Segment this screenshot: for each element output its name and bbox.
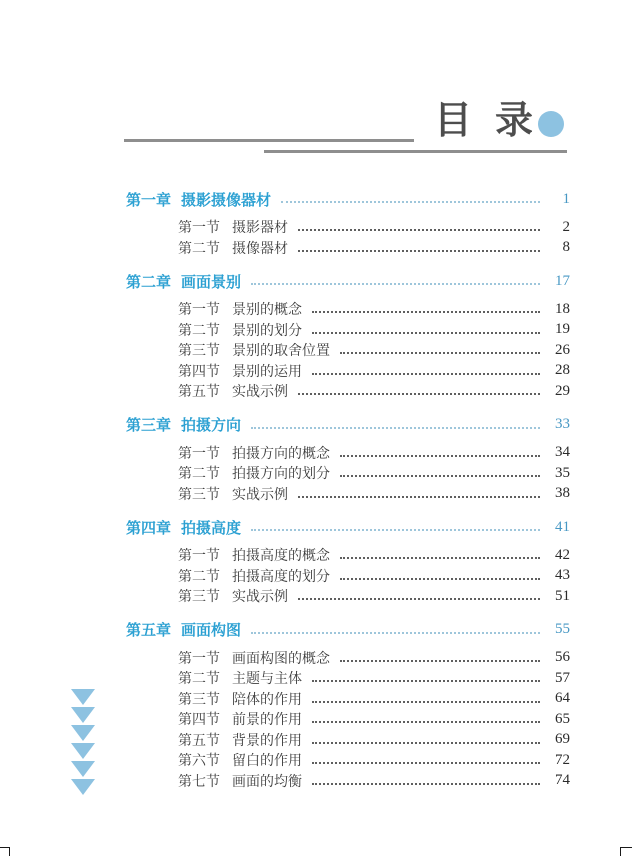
section-title: 留白的作用	[232, 750, 302, 770]
section-page-number: 29	[548, 383, 570, 400]
section-title: 景别的取舍位置	[232, 340, 330, 360]
header: 目录	[434, 99, 564, 143]
chapter-label: 第一章	[126, 189, 172, 210]
toc-chapter-block: 第三章拍摄方向33第一节拍摄方向的概念34第二节拍摄方向的划分35第三节实战示例…	[126, 414, 570, 505]
section-title: 实战示例	[232, 586, 288, 606]
page-title: 目录	[434, 99, 533, 143]
section-title: 实战示例	[232, 484, 288, 504]
chapter-title: 画面构图	[181, 619, 241, 640]
chapter-page-number: 1	[548, 191, 570, 208]
section-page-number: 34	[548, 444, 570, 461]
section-label: 第七节	[178, 771, 220, 791]
section-page-number: 18	[548, 301, 570, 318]
dot-leader	[312, 721, 540, 723]
section-label: 第四节	[178, 709, 220, 729]
section-title: 摄影器材	[232, 217, 288, 237]
section-page-number: 65	[548, 711, 570, 728]
down-arrow-icon	[71, 689, 95, 705]
toc-chapter-block: 第四章拍摄高度41第一节拍摄高度的概念42第二节拍摄高度的划分43第三节实战示例…	[126, 516, 570, 607]
toc-section-row: 第五节背景的作用69	[126, 730, 570, 751]
chapter-label: 第四章	[126, 517, 172, 538]
section-title: 拍摄方向的概念	[232, 443, 330, 463]
toc-section-row: 第一节画面构图的概念56	[126, 648, 570, 669]
section-label: 第五节	[178, 730, 220, 750]
section-label: 第四节	[178, 361, 220, 381]
section-label: 第三节	[178, 484, 220, 504]
toc-section-row: 第二节主题与主体57	[126, 668, 570, 689]
section-page-number: 64	[548, 690, 570, 707]
section-page-number: 74	[548, 772, 570, 789]
toc-section-row: 第二节摄像器材8	[126, 238, 570, 259]
toc-section-row: 第四节前景的作用65	[126, 709, 570, 730]
chapter-title: 拍摄方向	[181, 414, 241, 435]
chapter-label: 第三章	[126, 414, 172, 435]
toc-chapter-row: 第三章拍摄方向33	[126, 414, 570, 436]
dot-leader	[312, 701, 540, 703]
dot-leader	[312, 742, 540, 744]
toc-section-row: 第三节实战示例51	[126, 586, 570, 607]
toc-section-row: 第三节景别的取舍位置26	[126, 340, 570, 361]
section-label: 第六节	[178, 750, 220, 770]
dot-leader	[312, 783, 540, 785]
dot-leader	[251, 529, 540, 531]
toc-section-row: 第一节摄影器材2	[126, 217, 570, 238]
page-title-char-1: 目	[434, 100, 472, 142]
dot-leader	[312, 680, 540, 682]
dot-leader	[340, 475, 540, 477]
section-label: 第一节	[178, 648, 220, 668]
down-arrow-icon	[71, 761, 95, 777]
chapter-page-number: 41	[548, 519, 570, 536]
section-page-number: 26	[548, 342, 570, 359]
chapter-page-number: 33	[548, 416, 570, 433]
section-page-number: 69	[548, 731, 570, 748]
section-title: 画面构图的概念	[232, 648, 330, 668]
circle-decoration	[538, 111, 564, 137]
toc-chapter-block: 第一章摄影摄像器材1第一节摄影器材2第二节摄像器材8	[126, 188, 570, 258]
section-title: 主题与主体	[232, 668, 302, 688]
section-page-number: 28	[548, 362, 570, 379]
dot-leader	[340, 557, 540, 559]
dot-leader	[298, 229, 540, 231]
section-page-number: 19	[548, 321, 570, 338]
section-label: 第五节	[178, 381, 220, 401]
section-page-number: 56	[548, 649, 570, 666]
section-title: 前景的作用	[232, 709, 302, 729]
section-label: 第二节	[178, 668, 220, 688]
toc-list: 第一章摄影摄像器材1第一节摄影器材2第二节摄像器材8第二章画面景别17第一节景别…	[126, 188, 570, 803]
toc-section-row: 第二节拍摄高度的划分43	[126, 566, 570, 587]
toc-section-row: 第一节拍摄高度的概念42	[126, 545, 570, 566]
dot-leader	[298, 250, 540, 252]
crop-mark-bottom-right	[620, 847, 632, 856]
section-title: 画面的均衡	[232, 771, 302, 791]
section-title: 景别的划分	[232, 320, 302, 340]
section-title: 拍摄高度的划分	[232, 566, 330, 586]
section-page-number: 8	[548, 239, 570, 256]
section-page-number: 43	[548, 567, 570, 584]
section-label: 第三节	[178, 340, 220, 360]
dot-leader	[251, 427, 540, 429]
section-title: 拍摄高度的概念	[232, 545, 330, 565]
section-label: 第三节	[178, 689, 220, 709]
section-label: 第一节	[178, 545, 220, 565]
toc-chapter-block: 第五章画面构图55第一节画面构图的概念56第二节主题与主体57第三节陪体的作用6…	[126, 619, 570, 792]
header-rule-bottom	[264, 150, 567, 153]
dot-leader	[251, 632, 540, 634]
chapter-title: 拍摄高度	[181, 517, 241, 538]
section-page-number: 57	[548, 670, 570, 687]
toc-section-row: 第四节景别的运用28	[126, 361, 570, 382]
crop-mark-bottom-left	[0, 847, 10, 856]
toc-chapter-row: 第五章画面构图55	[126, 619, 570, 641]
section-title: 摄像器材	[232, 238, 288, 258]
section-label: 第一节	[178, 217, 220, 237]
toc-section-row: 第七节画面的均衡74	[126, 771, 570, 792]
section-title: 背景的作用	[232, 730, 302, 750]
chapter-page-number: 55	[548, 621, 570, 638]
dot-leader	[298, 496, 540, 498]
section-page-number: 35	[548, 465, 570, 482]
dot-leader	[340, 578, 540, 580]
section-title: 景别的概念	[232, 299, 302, 319]
toc-page: 目录 第一章摄影摄像器材1第一节摄影器材2第二节摄像器材8第二章画面景别17第一…	[0, 0, 632, 856]
toc-section-row: 第五节实战示例29	[126, 381, 570, 402]
toc-chapter-row: 第二章画面景别17	[126, 270, 570, 292]
header-rule-top	[124, 139, 414, 142]
down-arrow-icon	[71, 779, 95, 795]
toc-chapter-block: 第二章画面景别17第一节景别的概念18第二节景别的划分19第三节景别的取舍位置2…	[126, 270, 570, 402]
dot-leader	[312, 373, 540, 375]
toc-section-row: 第六节留白的作用72	[126, 750, 570, 771]
section-title: 拍摄方向的划分	[232, 463, 330, 483]
section-page-number: 38	[548, 485, 570, 502]
toc-section-row: 第一节拍摄方向的概念34	[126, 443, 570, 464]
down-arrow-icon	[71, 707, 95, 723]
section-label: 第二节	[178, 238, 220, 258]
dot-leader	[298, 598, 540, 600]
section-page-number: 72	[548, 752, 570, 769]
dot-leader	[340, 455, 540, 457]
toc-section-row: 第三节实战示例38	[126, 484, 570, 505]
toc-section-row: 第二节拍摄方向的划分35	[126, 463, 570, 484]
section-label: 第二节	[178, 566, 220, 586]
dot-leader	[281, 201, 540, 203]
page-title-char-2: 录	[495, 100, 533, 142]
dot-leader	[298, 393, 540, 395]
dot-leader	[340, 352, 540, 354]
dot-leader	[251, 283, 540, 285]
chapter-title: 摄影摄像器材	[181, 189, 271, 210]
dot-leader	[312, 332, 540, 334]
section-page-number: 42	[548, 547, 570, 564]
chapter-title: 画面景别	[181, 271, 241, 292]
down-arrow-icon	[71, 743, 95, 759]
arrow-decorations	[71, 689, 95, 795]
section-label: 第三节	[178, 586, 220, 606]
toc-section-row: 第二节景别的划分19	[126, 320, 570, 341]
chapter-label: 第五章	[126, 619, 172, 640]
dot-leader	[312, 762, 540, 764]
toc-section-row: 第三节陪体的作用64	[126, 689, 570, 710]
section-title: 景别的运用	[232, 361, 302, 381]
chapter-page-number: 17	[548, 273, 570, 290]
down-arrow-icon	[71, 725, 95, 741]
section-label: 第二节	[178, 463, 220, 483]
section-label: 第一节	[178, 443, 220, 463]
section-page-number: 51	[548, 588, 570, 605]
dot-leader	[340, 660, 540, 662]
section-page-number: 2	[548, 219, 570, 236]
toc-chapter-row: 第一章摄影摄像器材1	[126, 188, 570, 210]
section-label: 第一节	[178, 299, 220, 319]
section-title: 实战示例	[232, 381, 288, 401]
section-title: 陪体的作用	[232, 689, 302, 709]
toc-chapter-row: 第四章拍摄高度41	[126, 516, 570, 538]
dot-leader	[312, 311, 540, 313]
chapter-label: 第二章	[126, 271, 172, 292]
section-label: 第二节	[178, 320, 220, 340]
toc-section-row: 第一节景别的概念18	[126, 299, 570, 320]
